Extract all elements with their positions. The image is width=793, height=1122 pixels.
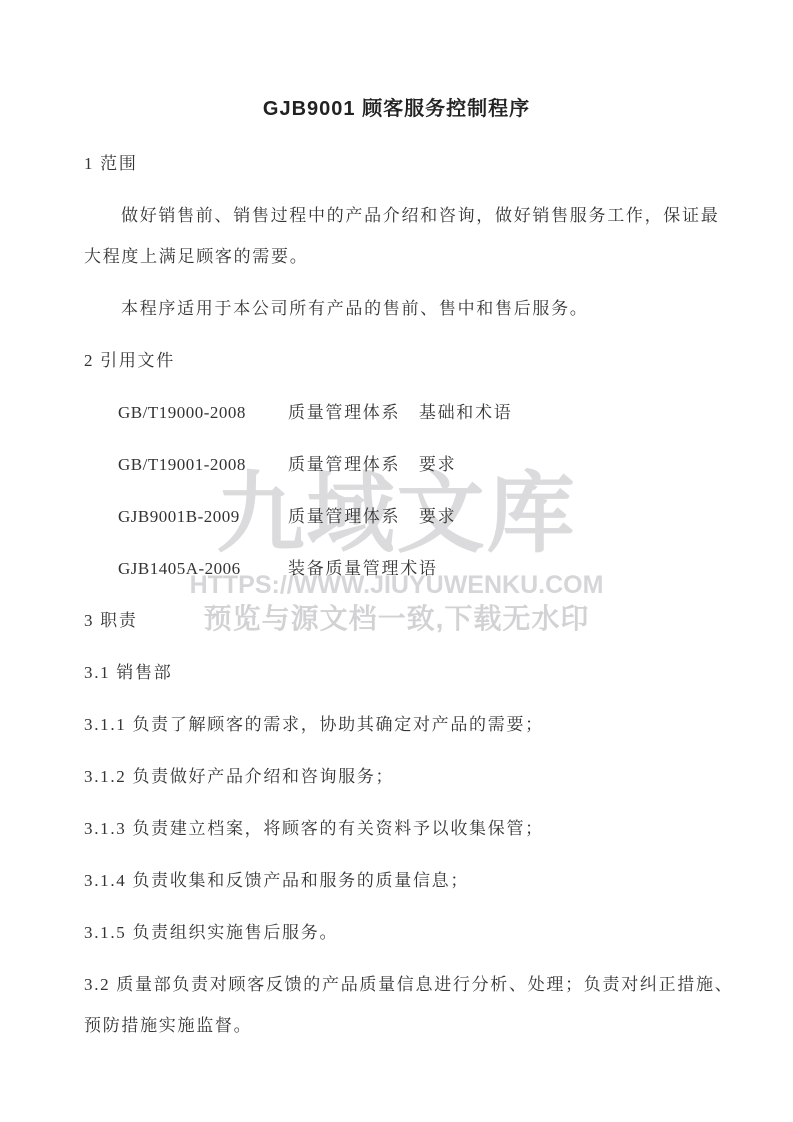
reference-code: GB/T19001-2008 xyxy=(118,444,288,485)
section-line: 3 职责 xyxy=(84,600,738,641)
body-paragraph: 本程序适用于本公司所有产品的售前、售中和售后服务。 xyxy=(84,288,738,329)
document-page: 九域文库 HTTPS://WWW.JIUYUWENKU.COM 预览与源文档一致… xyxy=(0,0,793,1122)
document-body: 1 范围做好销售前、销售过程中的产品介绍和咨询，做好销售服务工作，保证最 大程度… xyxy=(84,143,738,1046)
reference-code: GJB1405A-2006 xyxy=(118,548,288,589)
reference-line: GB/T19001-2008质量管理体系 要求 xyxy=(84,444,738,485)
document-title: GJB9001 顾客服务控制程序 xyxy=(0,97,793,121)
section-line: 3.1.3 负责建立档案，将顾客的有关资料予以收集保管； xyxy=(84,808,738,849)
section-line: 1 范围 xyxy=(84,143,738,184)
section-line: 3.1.5 负责组织实施售后服务。 xyxy=(84,912,738,953)
section-line: 3.1.1 负责了解顾客的需求，协助其确定对产品的需要； xyxy=(84,704,738,745)
reference-code: GJB9001B-2009 xyxy=(118,496,288,537)
section-line: 2 引用文件 xyxy=(84,340,738,381)
reference-description: 质量管理体系 要求 xyxy=(288,444,456,485)
section-line: 3.2 质量部负责对顾客反馈的产品质量信息进行分析、处理；负责对纠正措施、 预防… xyxy=(84,964,738,1046)
reference-description: 质量管理体系 要求 xyxy=(288,496,456,537)
section-line: 3.1.2 负责做好产品介绍和咨询服务； xyxy=(84,756,738,797)
reference-line: GB/T19000-2008质量管理体系 基础和术语 xyxy=(84,392,738,433)
section-line: 3.1.4 负责收集和反馈产品和服务的质量信息； xyxy=(84,860,738,901)
reference-description: 质量管理体系 基础和术语 xyxy=(288,392,512,433)
body-paragraph: 做好销售前、销售过程中的产品介绍和咨询，做好销售服务工作，保证最 大程度上满足顾… xyxy=(84,195,738,277)
reference-line: GJB1405A-2006装备质量管理术语 xyxy=(84,548,738,589)
reference-code: GB/T19000-2008 xyxy=(118,392,288,433)
reference-description: 装备质量管理术语 xyxy=(288,548,438,589)
reference-line: GJB9001B-2009质量管理体系 要求 xyxy=(84,496,738,537)
section-line: 3.1 销售部 xyxy=(84,652,738,693)
